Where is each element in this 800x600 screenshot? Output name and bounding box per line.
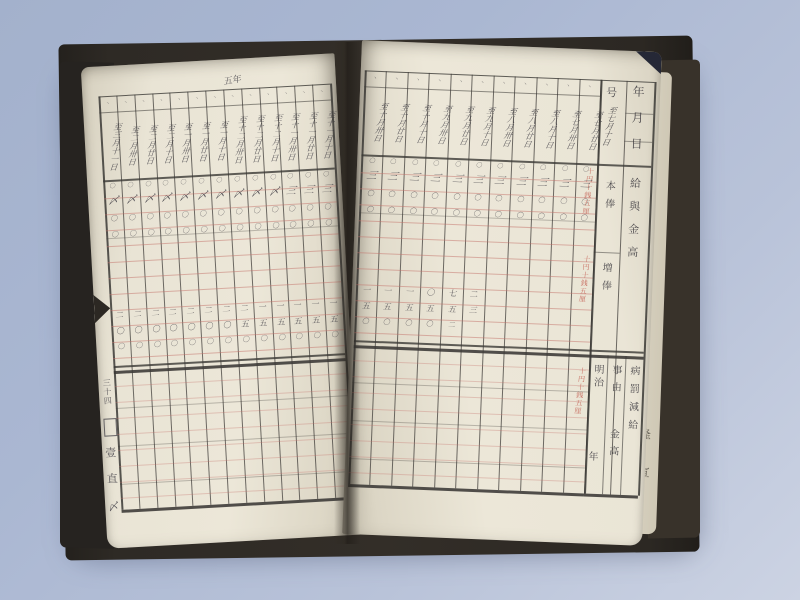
handwritten-mark: 〇: [313, 332, 321, 339]
label-year: 年: [588, 448, 599, 463]
handwritten-mark: 〇: [242, 336, 250, 343]
handwritten-mark: 〇: [205, 322, 214, 331]
handwritten-mark: 〇: [182, 212, 190, 219]
stub-line-vertical-lower: [602, 355, 609, 494]
handwritten-mark: 〇: [224, 337, 232, 344]
stub-header-line: [597, 164, 651, 168]
handwritten-mark: 〇: [540, 165, 547, 171]
handwritten-mark: 〇: [388, 191, 397, 198]
handwritten-mark: 〇: [110, 216, 118, 223]
red-rule-faint: [350, 440, 586, 450]
handwritten-mark: 三: [408, 173, 420, 183]
handwritten-mark: 〇: [127, 183, 134, 189]
handwritten-mark: 一: [405, 288, 415, 296]
handwritten-mark: 二: [115, 311, 124, 320]
handwritten-mark: 七: [448, 290, 458, 298]
handwritten-mark: 〇: [516, 213, 525, 220]
column-check-mark: 丶: [283, 90, 288, 97]
handwritten-mark: 〇: [296, 333, 304, 340]
handwritten-mark: 五: [447, 306, 457, 314]
handwritten-mark: 〇: [164, 213, 172, 220]
handwritten-mark: 〇: [288, 206, 296, 213]
handwritten-mark: 〇: [305, 173, 312, 179]
handwritten-mark: 〇: [200, 227, 208, 234]
handwritten-mark: 〇: [325, 220, 333, 227]
handwritten-mark: 五: [383, 303, 393, 311]
handwritten-mark: 〆: [161, 194, 172, 205]
handwritten-mark: 〇: [454, 162, 461, 168]
handwritten-mark: 〆: [108, 197, 119, 208]
column-check-mark: 丶: [415, 76, 420, 83]
column-check-mark: 丶: [248, 92, 253, 99]
handwritten-mark: 〇: [217, 210, 225, 217]
handwritten-mark: 〆: [268, 188, 279, 199]
margin-note-3: 〆: [108, 498, 120, 515]
column-check-mark: 丶: [105, 100, 110, 107]
photo-scene: 隆宣 五年 三十四 壹 直 〆 丶至三月十一日〇〆〇〇二〇〇丶至二月卅日〇〆〇〇…: [0, 0, 800, 600]
handwritten-mark: 〇: [162, 181, 169, 187]
column-check-mark: 丶: [158, 97, 163, 104]
stub-divider-line-2: [589, 355, 643, 360]
handwritten-mark: 〇: [207, 338, 215, 345]
handwritten-mark: 〇: [383, 319, 392, 326]
margin-stamp-box: [103, 418, 117, 437]
handwritten-mark: 〇: [409, 208, 418, 215]
column-check-mark: 丶: [319, 88, 324, 95]
handwritten-mark: 〇: [431, 193, 440, 200]
stub-top-border: [601, 80, 655, 83]
label-deduction-section: 病罰減給: [625, 365, 638, 437]
label-date-column: 年月日: [629, 85, 644, 163]
handwritten-mark: 〇: [260, 335, 268, 342]
handwritten-mark: 一: [275, 302, 284, 311]
red-rule: [357, 252, 593, 262]
handwritten-mark: 三: [468, 307, 478, 315]
handwritten-mark: 五: [426, 305, 436, 313]
label-era: 明治: [591, 364, 602, 390]
handwritten-mark: 五: [259, 319, 268, 328]
handwritten-mark: 〇: [199, 211, 207, 218]
label-number-column: 号: [606, 84, 618, 100]
handwritten-mark: 〇: [474, 195, 483, 202]
handwritten-mark: 三: [472, 176, 484, 186]
handwritten-mark: 三: [365, 171, 377, 181]
handwritten-mark: 〇: [366, 207, 375, 214]
handwritten-mark: 〇: [218, 226, 226, 233]
handwritten-mark: 二: [240, 304, 249, 313]
label-salary-section: 給與金高: [626, 177, 641, 269]
handwritten-annotation: 五年: [224, 71, 242, 87]
column-check-mark: 丶: [566, 82, 571, 89]
handwritten-mark: 二: [204, 306, 213, 315]
handwritten-mark: 〇: [497, 164, 504, 170]
handwritten-mark: 〇: [495, 196, 504, 203]
margin-note-2: 直: [106, 470, 118, 487]
red-rule-faint: [352, 392, 588, 402]
handwritten-mark: 一: [311, 300, 320, 309]
red-rule-faint: [351, 408, 587, 418]
red-amount-1: 十円十銭五厘: [582, 167, 594, 215]
red-rule-faint: [353, 360, 589, 370]
handwritten-mark: 一: [293, 301, 302, 310]
handwritten-mark: 〇: [409, 192, 418, 199]
handwritten-mark: 〇: [216, 178, 223, 184]
handwritten-mark: 〇: [271, 207, 279, 214]
handwritten-mark: 五: [312, 316, 321, 325]
column-check-mark: 丶: [301, 89, 306, 96]
handwritten-mark: 二: [169, 308, 178, 317]
handwritten-mark: 三: [387, 172, 399, 182]
column-check-mark: 丶: [501, 80, 506, 87]
handwritten-mark: 〇: [169, 324, 178, 333]
handwritten-mark: 〇: [116, 327, 125, 336]
handwritten-mark: 〇: [269, 175, 276, 181]
handwritten-mark: 三: [430, 174, 442, 184]
handwritten-mark: 〇: [147, 230, 155, 237]
handwritten-mark: 二: [133, 310, 142, 319]
handwritten-mark: 二: [222, 305, 231, 314]
handwritten-mark: 一: [329, 299, 338, 308]
handwritten-mark: 〇: [516, 197, 525, 204]
handwritten-mark: 〇: [451, 210, 460, 217]
column-check-mark: 丶: [141, 98, 146, 105]
column-check-mark: 丶: [544, 82, 549, 89]
handwritten-mark: 〆: [197, 192, 208, 203]
column-check-mark: 丶: [437, 77, 442, 84]
handwritten-mark: 〇: [236, 225, 244, 232]
column-check-mark: 丶: [194, 95, 199, 102]
handwritten-mark: 〇: [289, 222, 297, 229]
red-rule-faint: [349, 472, 585, 482]
handwritten-mark: 五: [276, 318, 285, 327]
handwritten-mark: 二: [186, 307, 195, 316]
handwritten-mark: 〇: [433, 161, 440, 167]
margin-note-1: 壹: [105, 444, 117, 461]
handwritten-mark: 〇: [198, 179, 205, 185]
handwritten-mark: 〆: [179, 193, 190, 204]
column-check-mark: 丶: [176, 96, 181, 103]
grid-divider-line-2: [354, 345, 590, 357]
handwritten-mark: 三: [537, 178, 549, 188]
handwritten-mark: 〇: [129, 231, 137, 238]
red-rule: [359, 220, 595, 230]
handwritten-mark: 〇: [323, 172, 330, 178]
handwritten-mark: 〇: [111, 232, 119, 239]
handwritten-mark: 〆: [232, 190, 243, 201]
stub-divider-line: [590, 350, 644, 354]
red-rule: [358, 236, 594, 246]
handwritten-mark: 三: [321, 185, 332, 196]
handwritten-mark: 〇: [134, 326, 143, 335]
handwritten-mark: 〇: [287, 174, 294, 180]
red-rule-faint: [353, 376, 589, 386]
handwritten-mark: 〇: [425, 321, 434, 328]
column-check-mark: 丶: [480, 79, 485, 86]
handwritten-mark: 〇: [109, 184, 116, 190]
handwritten-mark: 〇: [452, 194, 461, 201]
handwritten-mark: 〇: [117, 343, 125, 350]
handwritten-mark: 〇: [538, 197, 547, 204]
handwritten-mark: 〇: [223, 321, 232, 330]
handwritten-mark: 〇: [559, 214, 568, 221]
handwritten-mark: 〇: [180, 180, 187, 186]
handwritten-mark: 〇: [182, 228, 190, 235]
handwritten-mark: 〇: [559, 198, 568, 205]
handwritten-mark: 〆: [250, 189, 261, 200]
handwritten-mark: 〇: [390, 159, 397, 165]
cover-fold-notch: [93, 294, 111, 323]
handwritten-mark: 〇: [152, 325, 161, 334]
column-check-mark: 丶: [458, 78, 463, 85]
handwritten-mark: 一: [362, 286, 372, 294]
handwritten-mark: 五: [294, 317, 303, 326]
handwritten-mark: 〇: [368, 159, 375, 165]
corner-fold: [635, 51, 662, 74]
left-page: 五年 三十四 壹 直 〆 丶至三月十一日〇〆〇〇二〇〇丶至二月卅日〇〆〇〇二〇〇…: [81, 53, 362, 548]
red-rule-faint: [349, 456, 585, 466]
handwritten-mark: 〇: [404, 320, 413, 327]
handwritten-mark: 〇: [475, 163, 482, 169]
handwritten-mark: 三: [558, 179, 570, 189]
handwritten-mark: 二: [469, 291, 479, 299]
handwritten-mark: 〇: [272, 223, 280, 230]
handwritten-mark: 〇: [135, 342, 143, 349]
handwritten-mark: 三: [286, 187, 297, 198]
stub-salary-split: [594, 252, 620, 254]
handwritten-mark: 三: [304, 186, 315, 197]
handwritten-mark: 〇: [146, 214, 154, 221]
handwritten-mark: 〇: [331, 331, 339, 338]
handwritten-mark: 〇: [153, 341, 161, 348]
label-base-salary: 本俸: [602, 180, 613, 216]
handwritten-mark: 〇: [235, 209, 243, 216]
stub-bottom-border: [584, 493, 638, 498]
column-check-mark: 丶: [212, 94, 217, 101]
column-check-mark: 丶: [230, 93, 235, 100]
handwritten-mark: 〇: [324, 204, 332, 211]
handwritten-mark: 〇: [187, 323, 196, 332]
column-check-mark: 丶: [373, 75, 378, 82]
handwritten-mark: 〇: [278, 334, 286, 341]
handwritten-mark: 〇: [254, 224, 262, 231]
handwritten-mark: 〇: [426, 289, 436, 297]
handwritten-mark: 〇: [189, 339, 197, 346]
handwritten-mark: 〇: [561, 166, 568, 172]
handwritten-mark: 〇: [366, 191, 375, 198]
handwritten-mark: 五: [404, 304, 414, 312]
handwritten-mark: 一: [383, 287, 393, 295]
handwritten-mark: 五: [361, 302, 371, 310]
handwritten-mark: 〇: [518, 165, 525, 171]
right-page: 年月日 号 至七月十日 給與金高 本俸 増俸 十円十銭五厘 十円十銭五厘 病罰減…: [342, 40, 662, 546]
handwritten-mark: 五: [330, 315, 339, 324]
label-salary-increase: 増俸: [599, 262, 610, 298]
handwritten-mark: 一: [258, 303, 267, 312]
column-check-mark: 丶: [123, 99, 128, 106]
handwritten-mark: 〇: [411, 160, 418, 166]
handwritten-mark: 三: [494, 177, 506, 187]
handwritten-mark: 〇: [307, 221, 315, 228]
handwritten-mark: 〇: [306, 205, 314, 212]
red-rule: [357, 268, 593, 278]
handwritten-mark: 〇: [252, 176, 259, 182]
handwritten-mark: 〆: [215, 191, 226, 202]
handwritten-mark: 〇: [171, 340, 179, 347]
handwritten-mark: 〆: [125, 196, 136, 207]
handwritten-mark: 二: [447, 322, 456, 329]
handwritten-mark: 〇: [128, 215, 136, 222]
margin-page-number: 三十四: [102, 378, 111, 405]
handwritten-mark: 五: [241, 320, 250, 329]
column-check-mark: 丶: [587, 83, 592, 90]
handwritten-mark: 二: [151, 309, 160, 318]
handwritten-mark: 三: [515, 178, 527, 188]
column-check-mark: 丶: [394, 76, 399, 83]
handwritten-mark: 〆: [143, 195, 154, 206]
handwritten-mark: 〇: [145, 182, 152, 188]
handwritten-mark: 三: [451, 175, 463, 185]
column-check-mark: 丶: [523, 81, 528, 88]
handwritten-mark: 〇: [253, 208, 261, 215]
handwritten-mark: 〇: [361, 318, 370, 325]
column-check-mark: 丶: [265, 91, 270, 98]
handwritten-mark: 〇: [234, 177, 241, 183]
grid-bottom-border: [348, 484, 584, 496]
handwritten-mark: 〇: [473, 211, 482, 218]
